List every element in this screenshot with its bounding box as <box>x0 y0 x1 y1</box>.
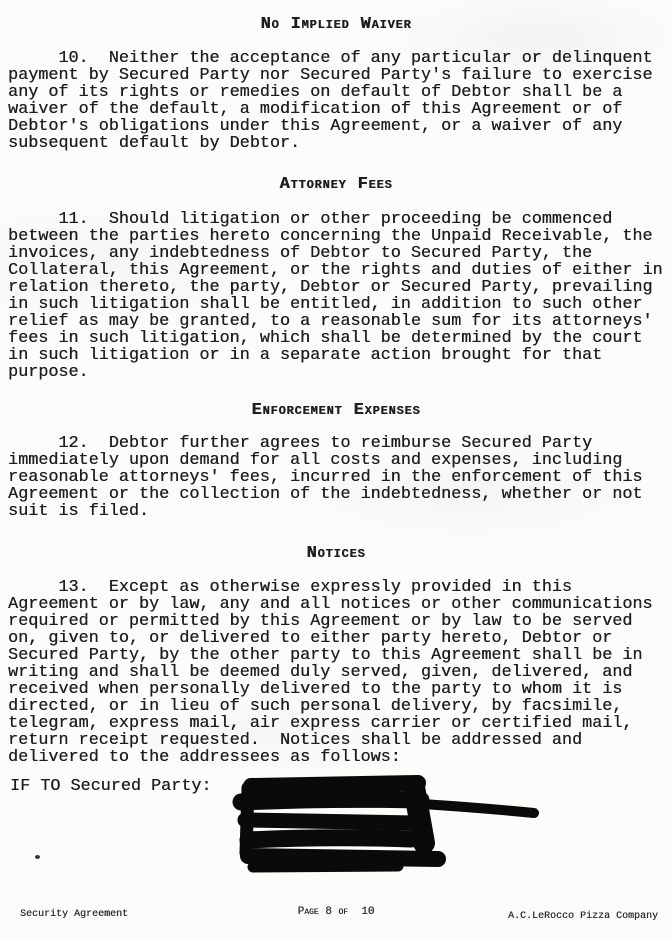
paragraph-10-no-implied-waiver: 10. Neither the acceptance of any partic… <box>8 50 672 152</box>
document-page: No Implied Waiver 10. Neither the accept… <box>0 0 672 940</box>
secured-party-addressee-label: IF TO Secured Party: <box>10 778 211 795</box>
paragraph-13-notices: 13. Except as otherwise expressly provid… <box>8 579 672 766</box>
section-heading-notices: Notices <box>0 545 672 562</box>
paragraph-12-enforcement-expenses: 12. Debtor further agrees to reimburse S… <box>8 435 672 520</box>
redaction-scribble <box>228 773 548 878</box>
stray-ink-dot <box>35 855 40 859</box>
section-heading-no-implied-waiver: No Implied Waiver <box>0 16 672 33</box>
footer-company-name: A.C.LeRocco Pizza Company <box>508 911 658 923</box>
paragraph-11-attorney-fees: 11. Should litigation or other proceedin… <box>8 211 672 381</box>
section-heading-enforcement-expenses: Enforcement Expenses <box>0 402 672 419</box>
section-heading-attorney-fees: Attorney Fees <box>0 176 672 193</box>
